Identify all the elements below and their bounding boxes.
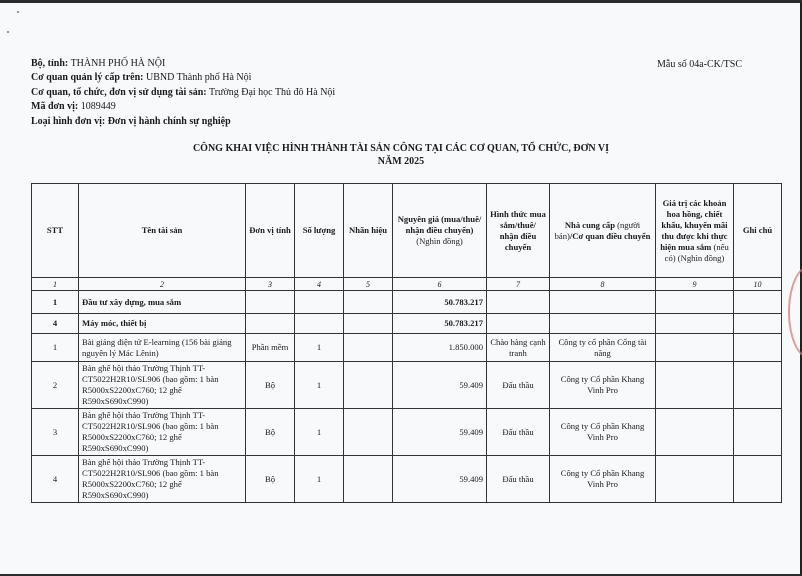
info-label: Bộ, tỉnh: [31,58,68,69]
table-row: 2Bàn ghế hội thảo Trường Thịnh TT-CT5022… [32,362,782,409]
table-row: 1Bài giảng điện tử E-learning (156 bài g… [32,334,782,362]
cell-name: Bàn ghế hội thảo Trường Thịnh TT-CT5022H… [79,409,246,456]
cell-name: Bàn ghế hội thảo Trường Thịnh TT-CT5022H… [79,456,246,503]
cell-supplier: Công ty Cổ phần Khang Vinh Pro [550,409,656,456]
info-unit-code: Mã đơn vị: 1089449 [31,100,335,114]
cell-brand [344,314,393,334]
info-label: Loại hình đơn vị: [31,116,105,127]
info-value: Đơn vị hành chính sự nghiệp [108,116,231,127]
cell-note [734,291,782,314]
cell-brand [344,291,393,314]
col-header-asset-name: Tên tài sản [79,184,246,278]
asset-table: STT Tên tài sản Đơn vị tính Số lượng Nhã… [31,183,782,503]
cell-price: 59.409 [393,456,487,503]
cell-price: 59.409 [393,409,487,456]
cell-note [734,456,782,503]
info-label: Mã đơn vị: [31,101,78,112]
info-superior-agency: Cơ quan quản lý cấp trên: UBND Thành phố… [31,71,335,85]
cell-stt: 1 [32,291,79,314]
cell-note [734,362,782,409]
cell-supplier [550,314,656,334]
info-label: Cơ quan, tổ chức, đơn vị sử dụng tài sản… [31,87,207,98]
info-using-unit: Cơ quan, tổ chức, đơn vị sử dụng tài sản… [31,86,335,100]
cell-name: Bàn ghế hội thảo Trường Thịnh TT-CT5022H… [79,362,246,409]
document-title: CÔNG KHAI VIỆC HÌNH THÀNH TÀI SẢN CÔNG T… [0,143,802,154]
cell-unit: Phần mềm [246,334,295,362]
cell-unit [246,291,295,314]
cell-unit [246,314,295,334]
col-header-brand: Nhãn hiệu [344,184,393,278]
column-index-row: 1 2 3 4 5 6 7 8 9 10 [32,278,782,291]
index-cell: 2 [79,278,246,291]
cell-qty [295,291,344,314]
cell-price: 50.783.217 [393,314,487,334]
cell-brand [344,334,393,362]
cell-brand [344,456,393,503]
col-header-procurement-method: Hình thức mua sắm/thuê/ nhận điều chuyển [487,184,550,278]
cell-price: 1.850.000 [393,334,487,362]
index-cell: 6 [393,278,487,291]
index-cell: 4 [295,278,344,291]
cell-supplier: Công ty Cổ phần Khang Vinh Pro [550,456,656,503]
table-row-category: 4Máy móc, thiết bị50.783.217 [32,314,782,334]
cell-stt: 3 [32,409,79,456]
cell-method: Đấu thầu [487,362,550,409]
cell-discount [656,314,734,334]
index-cell: 7 [487,278,550,291]
info-value: 1089449 [81,101,116,112]
cell-discount [656,409,734,456]
cell-discount [656,456,734,503]
cell-stt: 4 [32,314,79,334]
col-header-supplier: Nhà cung cấp (người bán)/Cơ quan điều ch… [550,184,656,278]
cell-price: 50.783.217 [393,291,487,314]
cell-qty: 1 [295,362,344,409]
cell-method [487,291,550,314]
cell-method: Chào hàng cạnh tranh [487,334,550,362]
info-unit-type: Loại hình đơn vị: Đơn vị hành chính sự n… [31,115,335,129]
table-row: 4Bàn ghế hội thảo Trường Thịnh TT-CT5022… [32,456,782,503]
info-province: Bộ, tỉnh: THÀNH PHỐ HÀ NỘI [31,57,335,71]
scan-speck [7,31,9,33]
index-cell: 10 [734,278,782,291]
index-cell: 3 [246,278,295,291]
cell-unit: Bộ [246,362,295,409]
cell-supplier [550,291,656,314]
scan-speck [17,11,19,13]
cell-discount [656,291,734,314]
cell-method: Đấu thầu [487,409,550,456]
col-header-stt: STT [32,184,79,278]
col-header-note: Ghi chú [734,184,782,278]
cell-qty: 1 [295,409,344,456]
cell-method: Đấu thầu [487,456,550,503]
cell-name: Đầu tư xây dựng, mua sắm [79,291,246,314]
cell-price: 59.409 [393,362,487,409]
table-header-row: STT Tên tài sản Đơn vị tính Số lượng Nhã… [32,184,782,278]
info-label: Cơ quan quản lý cấp trên: [31,72,144,83]
cell-unit: Bộ [246,409,295,456]
cell-supplier: Công ty Cổ phần Khang Vinh Pro [550,362,656,409]
index-cell: 8 [550,278,656,291]
document-page: Bộ, tỉnh: THÀNH PHỐ HÀ NỘI Cơ quan quản … [0,3,802,574]
cell-qty: 1 [295,456,344,503]
col-header-original-price: Nguyên giá (mua/thuê/ nhận điều chuyển)(… [393,184,487,278]
red-seal-stamp [788,265,802,359]
col-header-quantity: Số lượng [295,184,344,278]
col-header-discount-value: Giá trị các khoản hoa hồng, chiết khấu, … [656,184,734,278]
cell-note [734,334,782,362]
index-cell: 9 [656,278,734,291]
cell-discount [656,334,734,362]
info-value: THÀNH PHỐ HÀ NỘI [71,58,166,69]
cell-stt: 4 [32,456,79,503]
cell-note [734,409,782,456]
cell-name: Máy móc, thiết bị [79,314,246,334]
cell-qty: 1 [295,334,344,362]
cell-stt: 1 [32,334,79,362]
document-year: NĂM 2025 [0,156,802,167]
col-header-unit: Đơn vị tính [246,184,295,278]
table-row-group: 1Đầu tư xây dựng, mua sắm50.783.217 [32,291,782,314]
info-value: Trường Đại học Thủ đô Hà Nội [209,87,335,98]
cell-unit: Bộ [246,456,295,503]
cell-supplier: Công ty cổ phần Cổng tài năng [550,334,656,362]
form-code: Mẫu số 04a-CK/TSC [657,59,742,70]
cell-qty [295,314,344,334]
cell-name: Bài giảng điện tử E-learning (156 bài gi… [79,334,246,362]
cell-stt: 2 [32,362,79,409]
index-cell: 5 [344,278,393,291]
cell-brand [344,409,393,456]
cell-discount [656,362,734,409]
info-value: UBND Thành phố Hà Nội [146,72,251,83]
cell-method [487,314,550,334]
cell-brand [344,362,393,409]
table-row: 3Bàn ghế hội thảo Trường Thịnh TT-CT5022… [32,409,782,456]
cell-note [734,314,782,334]
unit-info: Bộ, tỉnh: THÀNH PHỐ HÀ NỘI Cơ quan quản … [31,57,335,129]
index-cell: 1 [32,278,79,291]
